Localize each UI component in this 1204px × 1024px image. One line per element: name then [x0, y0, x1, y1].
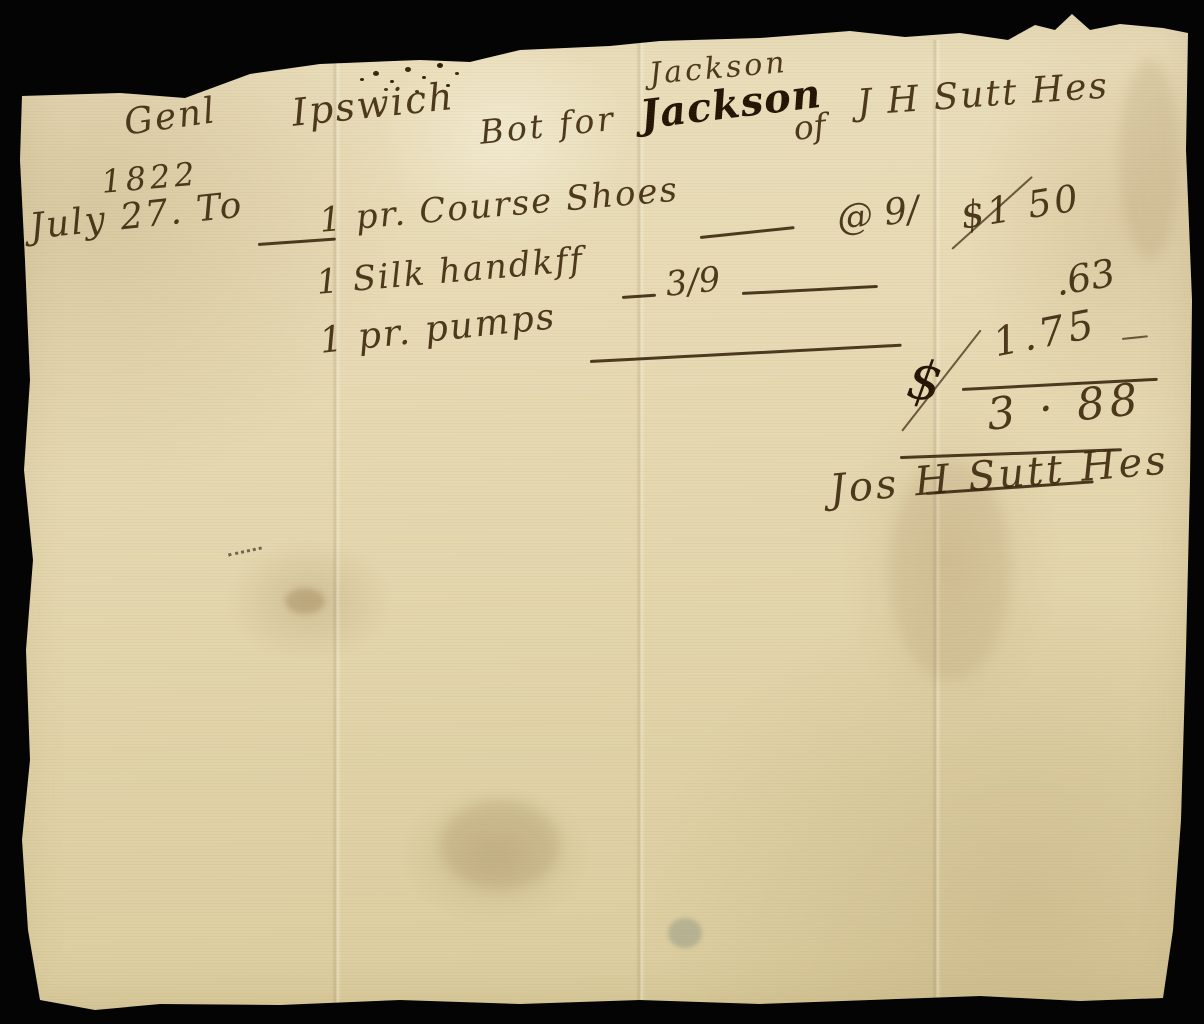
inscription-bot-for: Bot for: [478, 102, 617, 149]
item-2-desc: 1 Silk handkff: [315, 243, 585, 300]
brown-spot: [285, 588, 325, 614]
item-2-dash2-stroke: [742, 285, 878, 295]
inscription-date-to: July 27. To: [28, 188, 245, 246]
inscription-salutation: Genl: [122, 93, 219, 142]
paper-sheet: Jackson Genl Ipswich Bot for Jackson of …: [0, 0, 1204, 1024]
item-2-rate: 3/9: [664, 262, 722, 302]
pencil-scribble: [228, 546, 262, 556]
scanned-receipt: Jackson Genl Ipswich Bot for Jackson of …: [0, 0, 1204, 1024]
inscription-place: Ipswich: [290, 77, 456, 132]
inscription-merchant-top: J H Sutt Hes: [856, 68, 1110, 121]
item-3-amount: 1.75: [990, 304, 1101, 363]
item-1-dash-stroke: [700, 226, 795, 239]
bleedthrough-stain: [1120, 60, 1180, 260]
signature: Jos H Sutt Hes: [828, 440, 1170, 509]
smudge-stain: [440, 800, 560, 890]
item-2-amount: .63: [1052, 254, 1118, 302]
item-3-desc: 1 pr. pumps: [318, 299, 558, 360]
item-1-desc: 1 pr. Course Shoes: [318, 173, 680, 238]
item-1-rate: @ 9/: [835, 192, 921, 238]
total-amount: 3 · 88: [985, 378, 1145, 438]
inscription-bot-of: of: [792, 109, 827, 145]
fold-crease: [332, 40, 341, 1006]
item-3-trailing-dash: [1122, 335, 1148, 340]
ink-splatter: [360, 78, 364, 81]
grey-spot: [668, 918, 702, 948]
